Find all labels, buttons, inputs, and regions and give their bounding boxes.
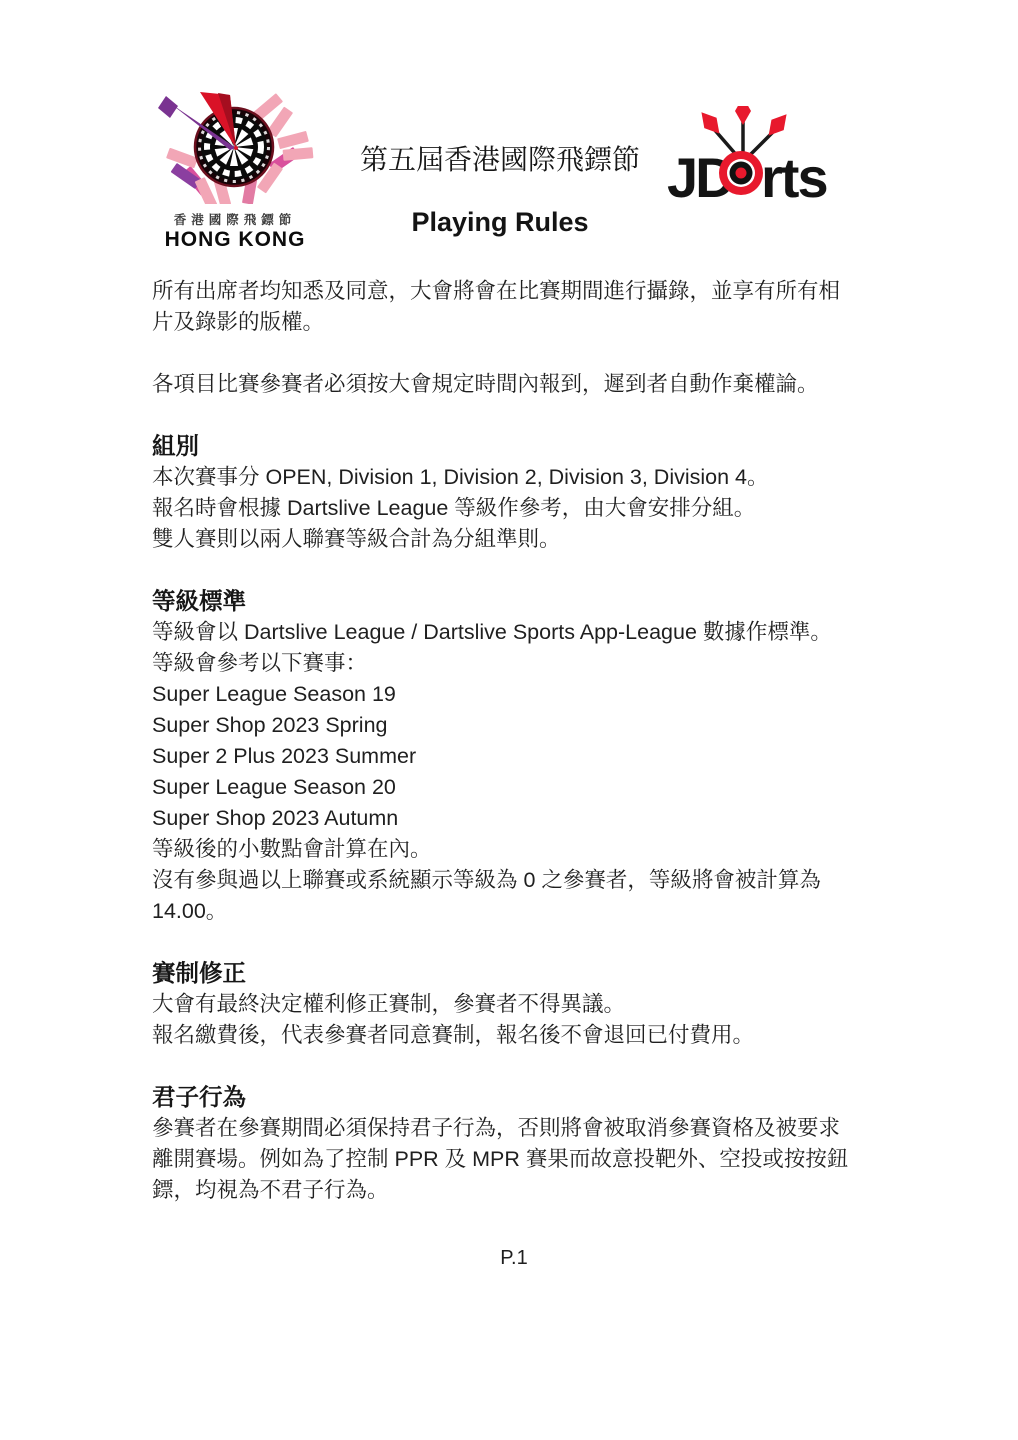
rules-text-line: 等級後的小數點會計算在內。	[152, 834, 876, 865]
page-number: P.1	[152, 1247, 876, 1270]
hkidf-logo: 香港國際飛鏢節 HONG KONG	[150, 92, 320, 252]
rules-text-line: 沒有參與過以上聯賽或系統顯示等級為 0 之參賽者，等級將會被計算為	[152, 865, 876, 896]
dartboard-logo-icon	[150, 92, 320, 204]
jdarts-logo-icon: JD rts	[655, 106, 860, 218]
intro-paragraph-line: 各項目比賽參賽者必須按大會規定時間內報到，遲到者自動作棄權論。	[152, 369, 876, 400]
rules-text-line: 14.00。	[152, 896, 876, 927]
hkidf-logo-chinese-name: 香港國際飛鏢節	[150, 210, 320, 228]
jdarts-text-suffix: rts	[761, 146, 827, 209]
rules-text-line: Super Shop 2023 Spring	[152, 710, 876, 741]
section-heading-groups: 組別	[152, 431, 876, 462]
section-heading-sportsmanship: 君子行為	[152, 1082, 876, 1113]
event-title: 第五屆香港國際飛鏢節	[300, 138, 700, 178]
rules-text-line: 參賽者在參賽期間必須保持君子行為，否則將會被取消參賽資格及被要求	[152, 1113, 876, 1144]
hkidf-logo-english-name: HONG KONG	[150, 228, 320, 252]
rules-text-line: 鏢，均視為不君子行為。	[152, 1175, 876, 1206]
intro-paragraph-line: 片及錄影的版權。	[152, 307, 876, 338]
document-subtitle: Playing Rules	[300, 207, 700, 238]
rules-text-line: 等級會參考以下賽事：	[152, 648, 876, 679]
rules-text-line: 大會有最終決定權利修正賽制，參賽者不得異議。	[152, 989, 876, 1020]
rules-text-line: Super Shop 2023 Autumn	[152, 803, 876, 834]
rules-text-line: 報名繳費後，代表參賽者同意賽制，報名後不會退回已付費用。	[152, 1020, 876, 1051]
section-heading-format-amendment: 賽制修正	[152, 958, 876, 989]
rules-text-line: 雙人賽則以兩人聯賽等級合計為分組準則。	[152, 524, 876, 555]
rules-text-line: 等級會以 Dartslive League / Dartslive Sports…	[152, 617, 876, 648]
rules-text-line: Super League Season 20	[152, 772, 876, 803]
intro-paragraph-line: 所有出席者均知悉及同意，大會將會在比賽期間進行攝錄，並享有所有相	[152, 276, 876, 307]
rules-text-line: 本次賽事分 OPEN, Division 1, Division 2, Divi…	[152, 462, 876, 493]
rules-text-line: Super 2 Plus 2023 Summer	[152, 741, 876, 772]
rules-text-line: 報名時會根據 Dartslive League 等級作參考，由大會安排分組。	[152, 493, 876, 524]
document-page: 香港國際飛鏢節 HONG KONG 第五屆香港國際飛鏢節 Playing Rul…	[0, 0, 1018, 1440]
section-heading-rating-standard: 等級標準	[152, 586, 876, 617]
rules-content: 所有出席者均知悉及同意，大會將會在比賽期間進行攝錄，並享有所有相 片及錄影的版權…	[152, 276, 876, 1206]
jdarts-logo: JD rts	[655, 106, 860, 218]
title-block: 第五屆香港國際飛鏢節 Playing Rules	[300, 138, 700, 238]
rules-text-line: 離開賽場。例如為了控制 PPR 及 MPR 賽果而故意投靶外、空投或按按鈕	[152, 1144, 876, 1175]
rules-text-line: Super League Season 19	[152, 679, 876, 710]
